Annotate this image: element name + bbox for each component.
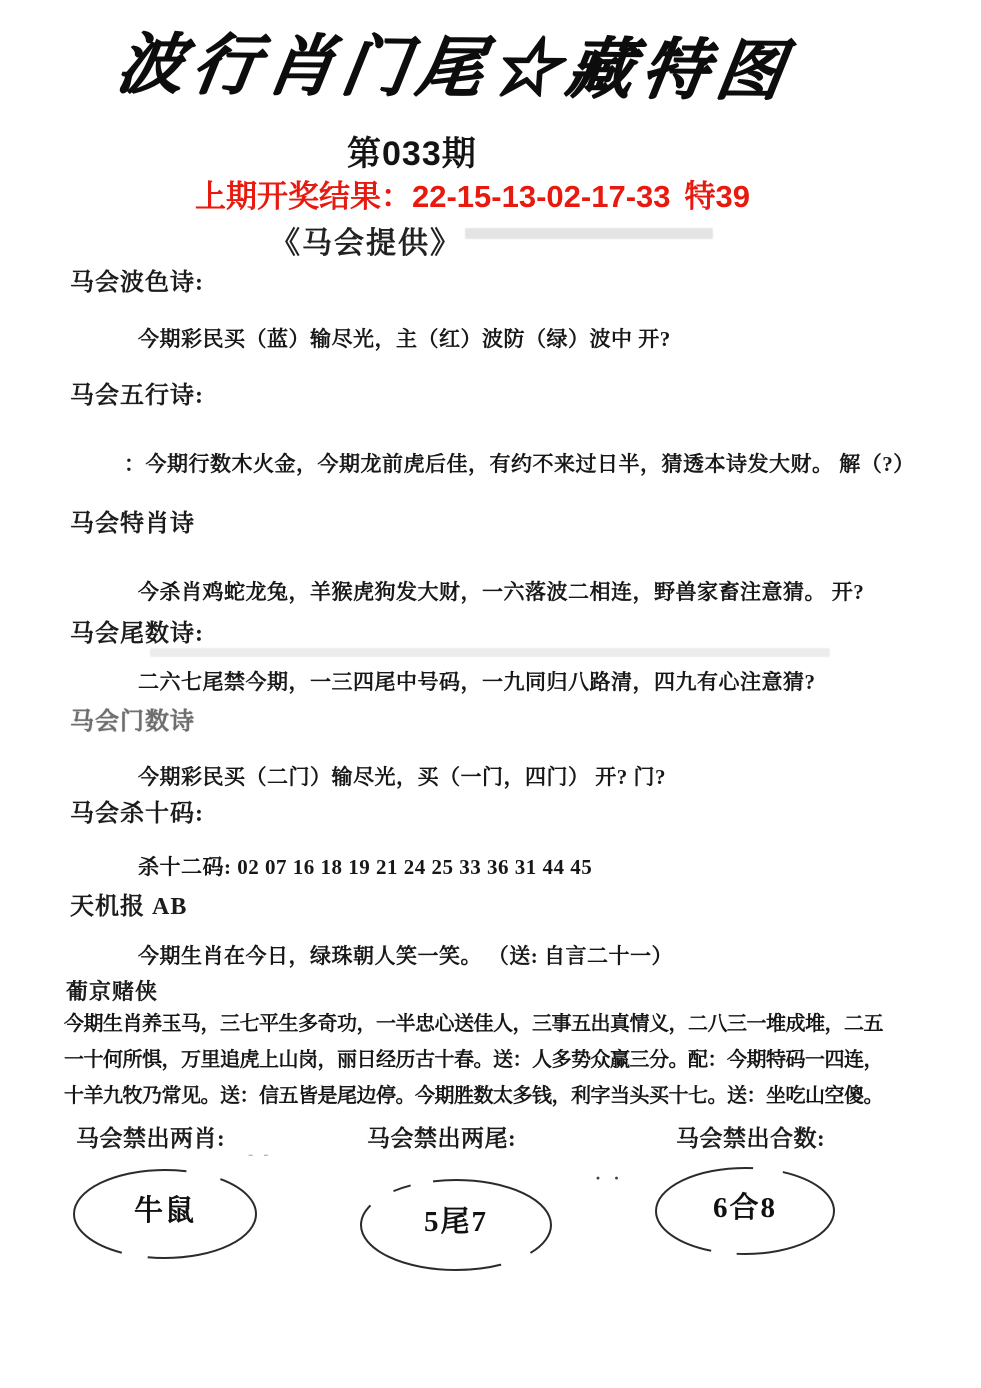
section-heading-wuxing: 马会五行诗: xyxy=(70,375,204,410)
ban-value-zodiac: 牛鼠 xyxy=(70,1166,260,1262)
ban-value-tail: 5尾7 xyxy=(357,1176,555,1274)
section-heading-weishu: 马会尾数诗: xyxy=(70,613,204,648)
section-poem-tianjibao: 今期生肖在今日，绿珠朝人笑一笑。 （送: 自言二十一） xyxy=(138,940,673,970)
ban-label-sum: 马会禁出合数: xyxy=(676,1120,825,1153)
provider-label: 《马会提供》 xyxy=(270,218,462,262)
section-poem-wuxing: ：今期行数木火金，今期龙前虎后佳，有约不来过日半，猜透本诗发大财。 解（?） xyxy=(124,448,915,478)
scan-artifact-dots: · · xyxy=(595,1168,624,1189)
section-heading-menshu: 马会门数诗 xyxy=(70,701,195,736)
issue-number: 第033期 xyxy=(347,126,477,175)
page-title: 波行肖门尾☆藏特图 xyxy=(111,10,834,112)
ban-label-zodiac: 马会禁出两肖: xyxy=(76,1120,225,1153)
last-draw-label: 上期开奖结果： xyxy=(195,179,412,214)
section-heading-bose: 马会波色诗: xyxy=(70,262,204,297)
scan-artifact-dashes: ‐ ‐ xyxy=(248,1146,272,1164)
ban-label-tail: 马会禁出两尾: xyxy=(367,1120,516,1153)
scan-artifact xyxy=(465,228,713,239)
pujing-line-1: 今期生肖养玉马，三七平生多奇功，一半忠心送佳人，三事五出真情义，二八三一堆成堆，… xyxy=(64,1007,944,1036)
section-poem-shashima: 杀十二码: 02 07 16 18 19 21 24 25 33 36 31 4… xyxy=(138,851,592,881)
ban-value-sum: 6合8 xyxy=(652,1164,838,1258)
last-draw-result: 上期开奖结果：22-15-13-02-17-33特39 xyxy=(0,171,945,216)
ban-oval-sum: 6合8 xyxy=(652,1164,838,1258)
ban-oval-zodiac: 牛鼠 xyxy=(70,1166,260,1262)
ban-oval-tail: 5尾7 xyxy=(357,1176,555,1274)
section-poem-bose: 今期彩民买（蓝）输尽光，主（红）波防（绿）波中 开? xyxy=(138,323,671,353)
section-poem-texiao: 今杀肖鸡蛇龙兔，羊猴虎狗发大财，一六落波二相连，野兽家畜注意猜。 开? xyxy=(138,576,864,606)
section-heading-shashima: 马会杀十码: xyxy=(70,793,204,828)
section-poem-weishu: 二六七尾禁今期，一三四尾中号码，一九同归八路清，四九有心注意猜? xyxy=(138,666,816,696)
pujing-heading: 葡京赌侠 xyxy=(66,975,158,1006)
scan-artifact xyxy=(150,648,830,657)
last-draw-special: 特39 xyxy=(685,179,750,214)
pujing-line-3: 十羊九牧乃常见。送：信五皆是尾边停。今期胜数太多钱，利字当头买十七。送：坐吃山空… xyxy=(64,1079,944,1108)
section-heading-tianjibao: 天机报 AB xyxy=(70,886,187,921)
pujing-line-2: 一十何所惧，万里追虎上山岗，丽日经历古十春。送：人多势众赢三分。配：今期特码一四… xyxy=(64,1043,944,1072)
section-heading-texiao: 马会特肖诗 xyxy=(70,503,195,538)
section-poem-menshu: 今期彩民买（二门）输尽光，买（一门，四门） 开? 门? xyxy=(138,761,666,791)
last-draw-numbers: 22-15-13-02-17-33 xyxy=(412,179,671,214)
tip-sheet-page: 波行肖门尾☆藏特图 第033期 上期开奖结果：22-15-13-02-17-33… xyxy=(0,0,981,1388)
